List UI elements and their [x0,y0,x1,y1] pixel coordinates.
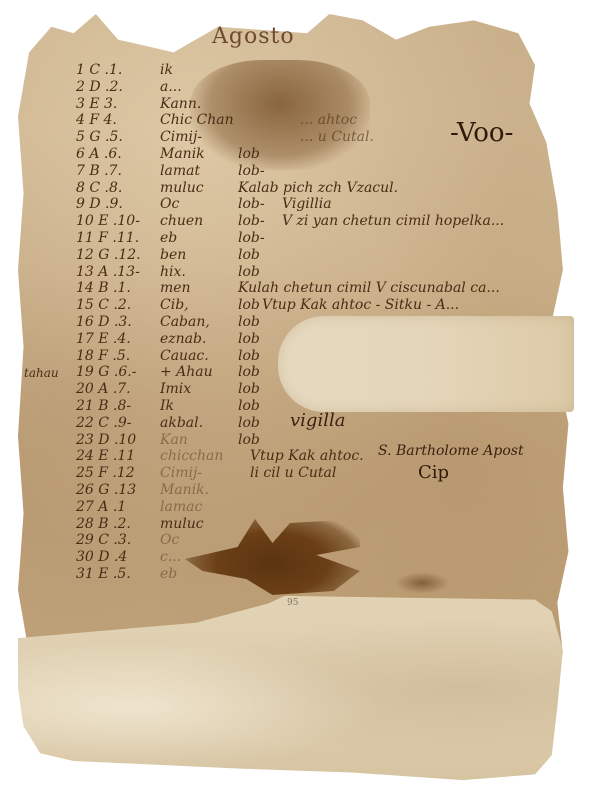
row-date: 7 B .7. [76,163,122,179]
row-date: 10 E .10- [76,213,140,229]
row-day-name: Kann. [160,96,201,112]
margin-note-left: tahau [24,366,59,380]
row-lob: lob [238,264,260,280]
row-day-name: muluc [160,516,204,532]
row-date: 31 E .5. [76,566,131,582]
row-day-name: muluc [160,180,204,196]
saint-feast-annotation: S. Bartholome Apost [378,443,524,459]
row-date: 30 D .4 [76,549,127,565]
row-date: 4 F 4. [76,112,117,128]
row-date: 1 C .1. [76,62,122,78]
row-day-name: Oc [160,196,179,212]
row-day-name: eznab. [160,331,206,347]
row-lob: lob [238,415,260,431]
row-date: 23 D .10 [76,432,136,448]
row-date: 21 B .8- [76,398,131,414]
row-day-name: chicchan [160,448,223,464]
row-note: li cil u Cutal [250,465,336,481]
row-lob: lob [238,381,260,397]
row-date: 8 C .8. [76,180,122,196]
row-date: 18 F .5. [76,348,130,364]
row-date: 19 G .6.- [76,364,136,380]
row-day-name: c... [160,549,181,565]
row-day-name: chuen [160,213,203,229]
manuscript-page: Agosto -Voo- tahau 95 1 C .1.ik2 D .2.a.… [0,0,590,800]
row-day-name: Oc [160,532,179,548]
row-date: 16 D .3. [76,314,132,330]
row-date: 3 E 3. [76,96,117,112]
row-day-name: hix. [160,264,186,280]
row-note: Vtup Kak ahtoc - Sitku - A... [262,297,459,313]
row-day-name: Cauac. [160,348,209,364]
row-day-name: ik [160,62,173,78]
row-date: 5 G .5. [76,129,123,145]
row-lob: lob [238,146,260,162]
row-date: 29 C .3. [76,532,131,548]
row-day-name: lamat [160,163,200,179]
row-day-name: Manik. [160,482,209,498]
row-day-name: Caban, [160,314,210,330]
row-date: 13 A .13- [76,264,140,280]
folio-number: 95 [287,598,298,608]
row-date: 14 B .1. [76,280,131,296]
row-day-name: eb [160,230,177,246]
row-note: V zi yan chetun cimil hopelka... [282,213,504,229]
row-lob: lob [238,331,260,347]
row-date: 27 A .1 [76,499,126,515]
row-day-name: Ik [160,398,174,414]
row-day-name: Imix [160,381,191,397]
row-note: ... u Cutal. [300,129,374,145]
row-day-name: + Ahau [160,364,213,380]
row-date: 2 D .2. [76,79,123,95]
row-day-name: Kan [160,432,188,448]
row-lob: lob- [238,230,265,246]
row-date: 22 C .9- [76,415,132,431]
row-lob: lob- [238,196,265,212]
row-note: Vigillia [282,196,332,212]
vigilla-annotation: vigilla [290,410,345,431]
page-title: Agosto [212,24,295,49]
row-date: 15 C .2. [76,297,131,313]
row-lob: lob [238,247,260,263]
row-lob: lob [238,364,260,380]
row-day-name: Manik [160,146,205,162]
margin-mark-right: -Voo- [450,118,513,148]
row-day-name: akbal. [160,415,203,431]
ink-stain-small [395,572,450,594]
row-day-name: lamac [160,499,202,515]
row-date: 17 E .4. [76,331,131,347]
row-lob: lob [238,398,260,414]
row-date: 12 G .12. [76,247,141,263]
row-lob: lob [238,432,260,448]
row-date: 9 D .9. [76,196,123,212]
row-day-name: Cimij- [160,465,202,481]
row-lob: lob [238,314,260,330]
row-lob: lob [238,348,260,364]
row-day-name: eb [160,566,177,582]
row-note: Vtup Kak ahtoc. [250,448,364,464]
row-date: 24 E .11 [76,448,135,464]
row-date: 20 A .7. [76,381,131,397]
cip-annotation: Cip [418,462,449,483]
row-lob: lob- [238,163,265,179]
row-day-name: ben [160,247,186,263]
row-day-name: Chic Chan [160,112,234,128]
row-note: ... ahtoc [300,112,357,128]
row-lob: lob [238,297,260,313]
row-note: Kalab pich zch Vzacul. [238,180,398,196]
row-day-name: men [160,280,191,296]
row-day-name: a... [160,79,182,95]
repair-paper-strip [278,316,574,412]
row-date: 6 A .6. [76,146,122,162]
row-date: 25 F .12 [76,465,135,481]
row-date: 26 G .13 [76,482,136,498]
row-date: 28 B .2. [76,516,131,532]
row-date: 11 F .11. [76,230,139,246]
row-day-name: Cib, [160,297,189,313]
row-day-name: Cimij- [160,129,202,145]
row-lob: lob- [238,213,265,229]
row-note: Kulah chetun cimil V ciscunabal ca... [238,280,500,296]
